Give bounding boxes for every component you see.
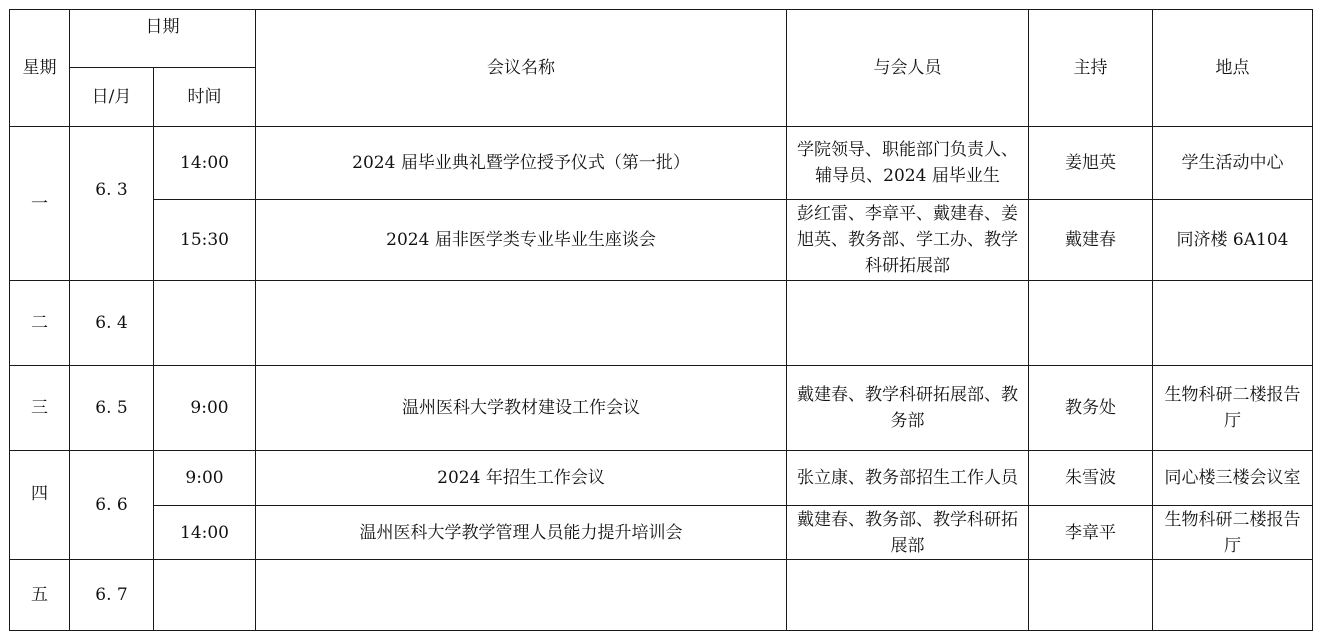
- header-host: 主持: [1029, 10, 1153, 127]
- location-cell: 生物科研二楼报告厅: [1153, 366, 1313, 451]
- time-cell: 9:00: [154, 451, 256, 506]
- attendees-cell: 戴建春、教学科研拓展部、教务部: [787, 366, 1029, 451]
- time-cell: 9:00: [154, 366, 256, 451]
- time-cell: 15:30: [154, 200, 256, 281]
- date-cell: 6. 4: [70, 281, 154, 366]
- attendees-cell: 戴建春、教务部、教学科研拓展部: [787, 506, 1029, 560]
- meeting-name-cell: 2024 届非医学类专业毕业生座谈会: [256, 200, 787, 281]
- host-cell: 李章平: [1029, 506, 1153, 560]
- host-cell: [1029, 281, 1153, 366]
- meeting-name-cell: [256, 560, 787, 631]
- attendees-cell: 彭红雷、李章平、戴建春、姜旭英、教务部、学工办、教学科研拓展部: [787, 200, 1029, 281]
- attendees-cell: [787, 560, 1029, 631]
- meeting-schedule-table: 星期 日期 会议名称 与会人员 主持 地点 日/月 时间 一 6. 3 14:0…: [9, 9, 1313, 631]
- time-cell: [154, 560, 256, 631]
- header-date-group: 日期: [70, 10, 256, 68]
- header-attendees: 与会人员: [787, 10, 1029, 127]
- header-day-month: 日/月: [70, 68, 154, 127]
- date-cell: 6. 6: [70, 451, 154, 560]
- time-cell: 14:00: [154, 127, 256, 200]
- header-time: 时间: [154, 68, 256, 127]
- date-cell: 6. 5: [70, 366, 154, 451]
- location-cell: [1153, 281, 1313, 366]
- attendees-cell: [787, 281, 1029, 366]
- location-cell: 同济楼 6A104: [1153, 200, 1313, 281]
- location-cell: 同心楼三楼会议室: [1153, 451, 1313, 506]
- table-row: 三 6. 5 9:00 温州医科大学教材建设工作会议 戴建春、教学科研拓展部、教…: [10, 366, 1313, 451]
- table-row: 一 6. 3 14:00 2024 届毕业典礼暨学位授予仪式（第一批） 学院领导…: [10, 127, 1313, 200]
- meeting-name-cell: 温州医科大学教材建设工作会议: [256, 366, 787, 451]
- location-cell: [1153, 560, 1313, 631]
- meeting-name-cell: 温州医科大学教学管理人员能力提升培训会: [256, 506, 787, 560]
- attendees-cell: 张立康、教务部招生工作人员: [787, 451, 1029, 506]
- meeting-name-cell: [256, 281, 787, 366]
- table-row: 二 6. 4: [10, 281, 1313, 366]
- date-cell: 6. 7: [70, 560, 154, 631]
- meeting-name-cell: 2024 届毕业典礼暨学位授予仪式（第一批）: [256, 127, 787, 200]
- table-row: 15:30 2024 届非医学类专业毕业生座谈会 彭红雷、李章平、戴建春、姜旭英…: [10, 200, 1313, 281]
- meeting-name-cell: 2024 年招生工作会议: [256, 451, 787, 506]
- weekday-cell: 一: [10, 127, 70, 281]
- table-row: 四 6. 6 9:00 2024 年招生工作会议 张立康、教务部招生工作人员 朱…: [10, 451, 1313, 506]
- weekday-cell: 二: [10, 281, 70, 366]
- weekday-cell: 五: [10, 560, 70, 631]
- header-weekday: 星期: [10, 10, 70, 127]
- location-cell: 学生活动中心: [1153, 127, 1313, 200]
- location-cell: 生物科研二楼报告厅: [1153, 506, 1313, 560]
- time-cell: [154, 281, 256, 366]
- header-location: 地点: [1153, 10, 1313, 127]
- table-row: 五 6. 7: [10, 560, 1313, 631]
- host-cell: [1029, 560, 1153, 631]
- host-cell: 戴建春: [1029, 200, 1153, 281]
- weekday-cell: 三: [10, 366, 70, 451]
- time-cell: 14:00: [154, 506, 256, 560]
- date-cell: 6. 3: [70, 127, 154, 281]
- weekday-cell: 四: [10, 451, 70, 560]
- host-cell: 教务处: [1029, 366, 1153, 451]
- header-meeting-name: 会议名称: [256, 10, 787, 127]
- attendees-cell: 学院领导、职能部门负责人、辅导员、2024 届毕业生: [787, 127, 1029, 200]
- table-row: 14:00 温州医科大学教学管理人员能力提升培训会 戴建春、教务部、教学科研拓展…: [10, 506, 1313, 560]
- host-cell: 朱雪波: [1029, 451, 1153, 506]
- host-cell: 姜旭英: [1029, 127, 1153, 200]
